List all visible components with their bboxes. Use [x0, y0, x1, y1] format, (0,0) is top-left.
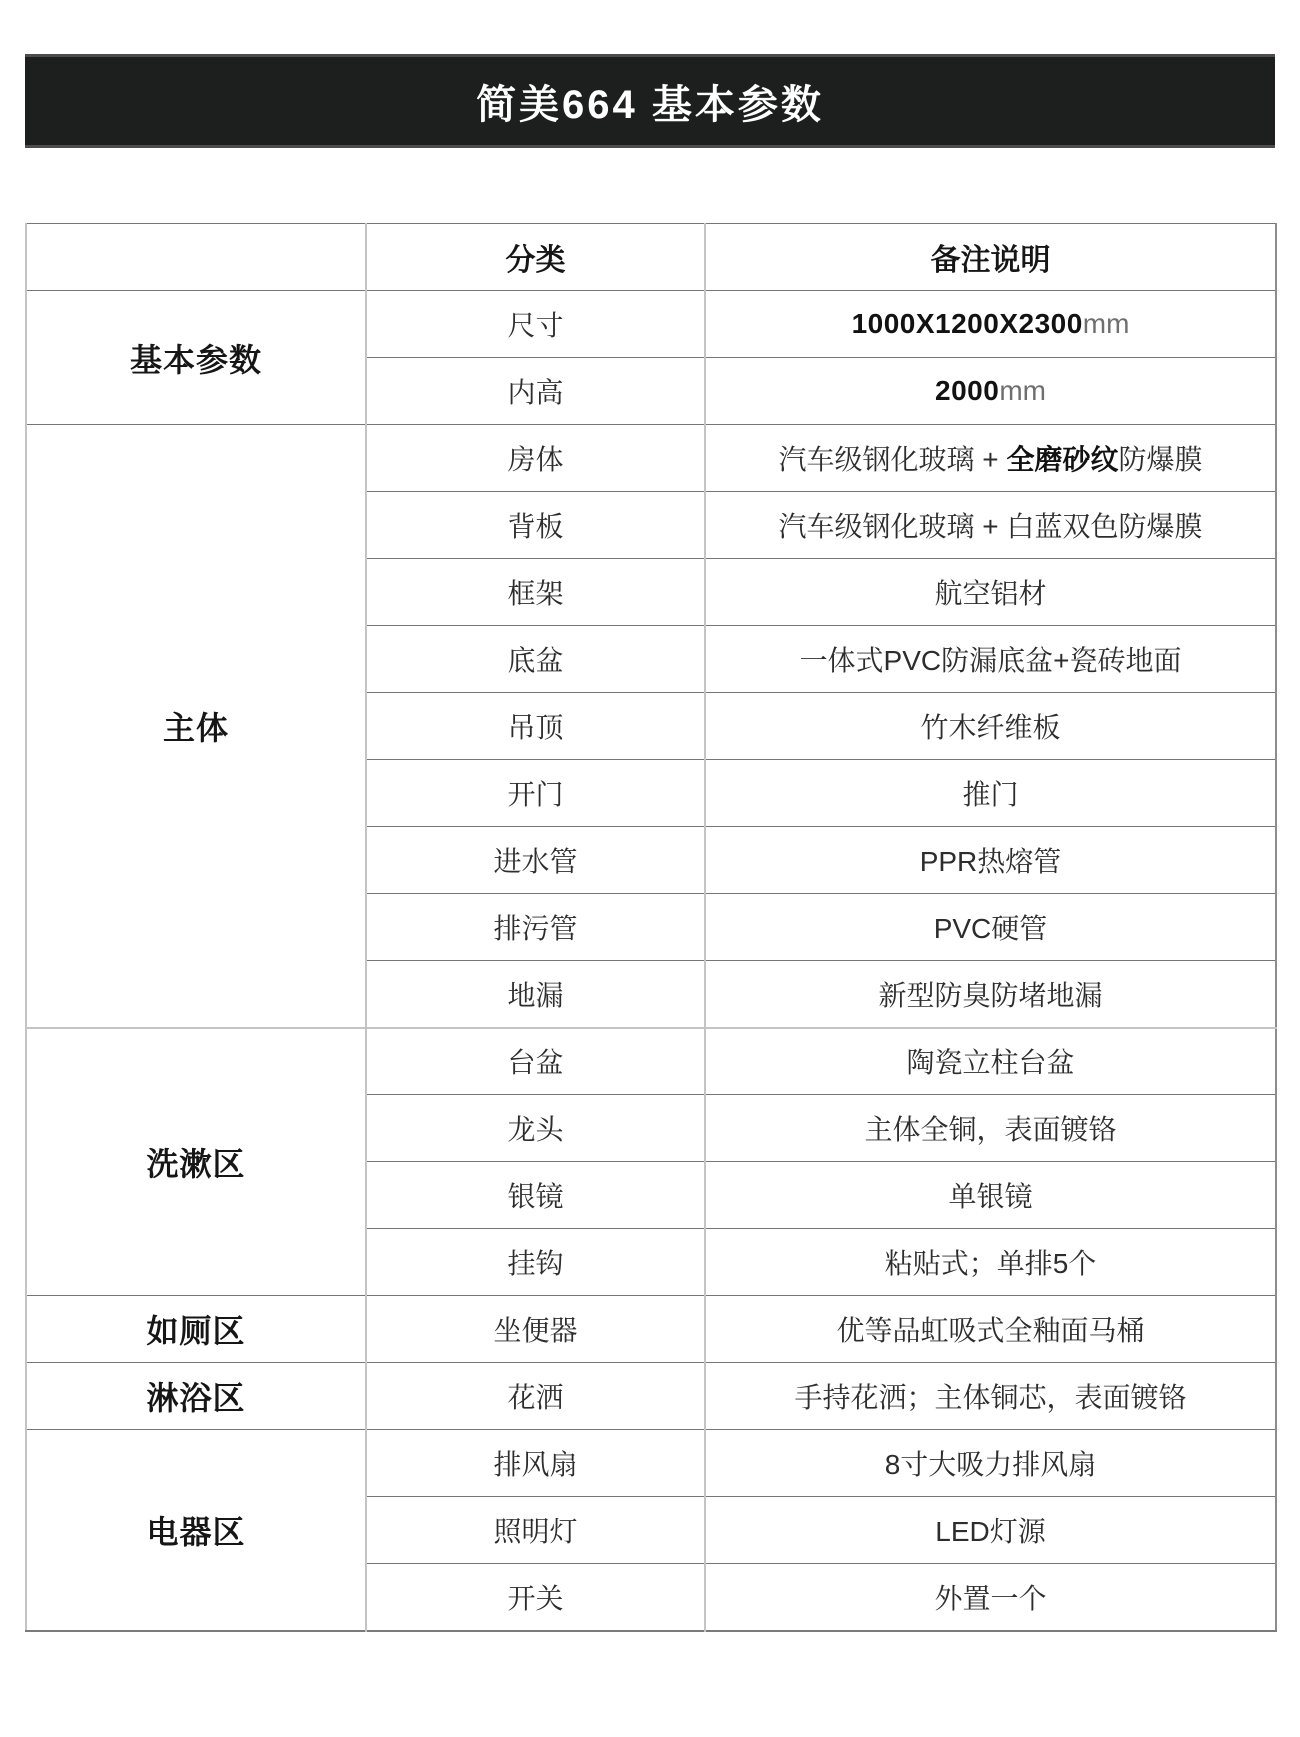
row-value: 航空铝材: [705, 559, 1276, 626]
row-value: 手持花洒；主体铜芯，表面镀铬: [705, 1363, 1276, 1430]
table-row: 如厕区坐便器优等品虹吸式全釉面马桶: [26, 1296, 1276, 1363]
row-value: 8寸大吸力排风扇: [705, 1430, 1276, 1497]
header-remarks: 备注说明: [705, 224, 1276, 291]
row-value-part: 防爆膜: [1118, 444, 1202, 475]
table-row: 基本参数尺寸1000X1200X2300mm: [26, 291, 1276, 358]
row-value: 陶瓷立柱台盆: [705, 1028, 1276, 1095]
header-corner-cell: [26, 224, 366, 291]
row-value-part: 1000X1200X2300: [852, 308, 1083, 339]
row-value: 主体全铜，表面镀铬: [705, 1095, 1276, 1162]
row-value-part: 竹木纤维板: [920, 712, 1060, 743]
title-banner: 简美664 基本参数: [25, 54, 1275, 148]
row-value: PVC硬管: [705, 894, 1276, 961]
row-value-part: 一体式PVC防漏底盆+瓷砖地面: [800, 645, 1182, 676]
row-value-part: 推门: [962, 779, 1018, 810]
row-value-part: 2000: [935, 375, 999, 406]
spec-table-body: 基本参数尺寸1000X1200X2300mm内高2000mm主体房体汽车级钢化玻…: [26, 291, 1276, 1631]
row-value-part: mm: [1083, 308, 1130, 339]
row-item-label: 框架: [366, 559, 705, 626]
row-item-label: 排风扇: [366, 1430, 705, 1497]
row-value-part: PPR热熔管: [920, 846, 1062, 877]
row-value-part: PVC硬管: [934, 913, 1048, 944]
row-value: 优等品虹吸式全釉面马桶: [705, 1296, 1276, 1363]
row-value: 1000X1200X2300mm: [705, 291, 1276, 358]
row-item-label: 背板: [366, 492, 705, 559]
row-item-label: 开门: [366, 760, 705, 827]
section-label: 基本参数: [26, 291, 366, 425]
table-row: 主体房体汽车级钢化玻璃 + 全磨砂纹防爆膜: [26, 425, 1276, 492]
table-header-row: 分类 备注说明: [26, 224, 1276, 291]
row-value-part: 8寸大吸力排风扇: [885, 1449, 1097, 1480]
table-row: 电器区排风扇8寸大吸力排风扇: [26, 1430, 1276, 1497]
row-value-part: 新型防臭防堵地漏: [878, 980, 1102, 1011]
table-row: 淋浴区花洒手持花洒；主体铜芯，表面镀铬: [26, 1363, 1276, 1430]
row-value-part: 陶瓷立柱台盆: [906, 1047, 1074, 1078]
row-value: 汽车级钢化玻璃 + 白蓝双色防爆膜: [705, 492, 1276, 559]
row-value: 新型防臭防堵地漏: [705, 961, 1276, 1028]
row-value-part: 汽车级钢化玻璃 + 白蓝双色防爆膜: [779, 511, 1203, 542]
row-item-label: 房体: [366, 425, 705, 492]
row-value: 外置一个: [705, 1564, 1276, 1631]
row-item-label: 照明灯: [366, 1497, 705, 1564]
row-item-label: 龙头: [366, 1095, 705, 1162]
row-item-label: 挂钩: [366, 1229, 705, 1296]
section-label: 电器区: [26, 1430, 366, 1631]
row-item-label: 银镜: [366, 1162, 705, 1229]
row-item-label: 开关: [366, 1564, 705, 1631]
row-value-part: 汽车级钢化玻璃 +: [779, 444, 1007, 475]
row-item-label: 吊顶: [366, 693, 705, 760]
row-item-label: 尺寸: [366, 291, 705, 358]
spec-table: 分类 备注说明 基本参数尺寸1000X1200X2300mm内高2000mm主体…: [25, 223, 1277, 1632]
row-value: 单银镜: [705, 1162, 1276, 1229]
row-value-part: 粘贴式；单排5个: [885, 1248, 1097, 1279]
row-item-label: 底盆: [366, 626, 705, 693]
section-label: 淋浴区: [26, 1363, 366, 1430]
section-label: 如厕区: [26, 1296, 366, 1363]
section-label: 洗漱区: [26, 1028, 366, 1296]
row-value-part: 全磨砂纹: [1006, 444, 1118, 475]
row-value-part: mm: [999, 375, 1046, 406]
row-value-part: 航空铝材: [934, 578, 1046, 609]
row-item-label: 排污管: [366, 894, 705, 961]
row-item-label: 台盆: [366, 1028, 705, 1095]
row-value-part: LED灯源: [935, 1516, 1045, 1547]
row-value: 汽车级钢化玻璃 + 全磨砂纹防爆膜: [705, 425, 1276, 492]
row-value-part: 单银镜: [948, 1181, 1032, 1212]
page-title: 简美664 基本参数: [476, 73, 824, 130]
table-row: 洗漱区台盆陶瓷立柱台盆: [26, 1028, 1276, 1095]
row-item-label: 地漏: [366, 961, 705, 1028]
row-item-label: 坐便器: [366, 1296, 705, 1363]
row-value: LED灯源: [705, 1497, 1276, 1564]
row-item-label: 内高: [366, 358, 705, 425]
section-label: 主体: [26, 425, 366, 1028]
row-value-part: 优等品虹吸式全釉面马桶: [836, 1315, 1144, 1346]
row-value: 2000mm: [705, 358, 1276, 425]
row-value: 一体式PVC防漏底盆+瓷砖地面: [705, 626, 1276, 693]
row-value-part: 手持花洒；主体铜芯，表面镀铬: [794, 1382, 1186, 1413]
row-value: 竹木纤维板: [705, 693, 1276, 760]
header-classification: 分类: [366, 224, 705, 291]
row-item-label: 花洒: [366, 1363, 705, 1430]
row-value-part: 主体全铜，表面镀铬: [864, 1114, 1116, 1145]
row-item-label: 进水管: [366, 827, 705, 894]
row-value: 推门: [705, 760, 1276, 827]
row-value-part: 外置一个: [934, 1583, 1046, 1614]
row-value: PPR热熔管: [705, 827, 1276, 894]
row-value: 粘贴式；单排5个: [705, 1229, 1276, 1296]
